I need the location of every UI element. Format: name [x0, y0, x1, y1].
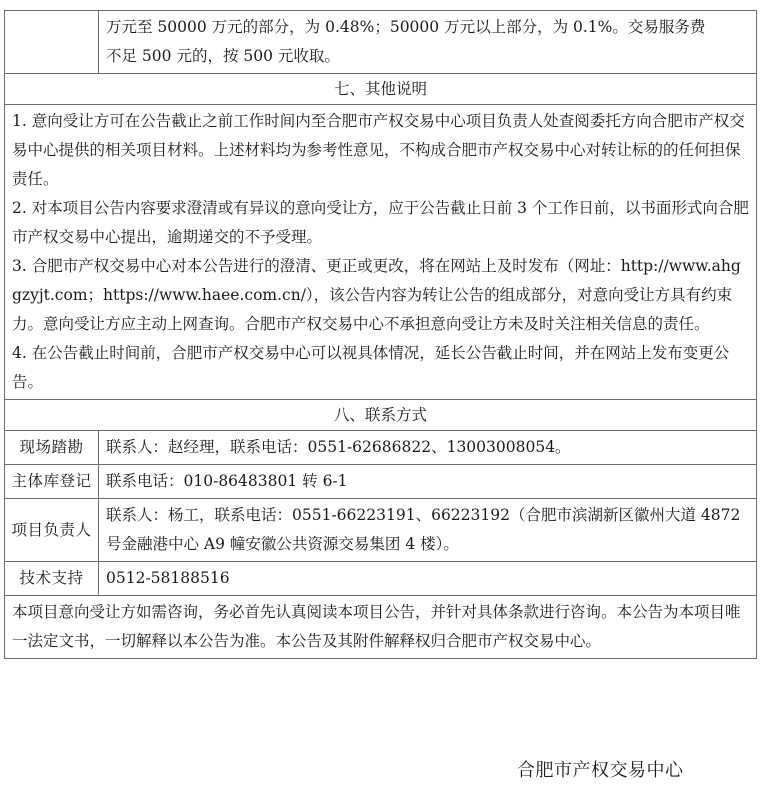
fee-label-cell: [5, 11, 99, 74]
section-8-header-row: 八、联系方式: [5, 400, 757, 431]
section-7-body: 1. 意向受让方可在公告截止之前工作时间内至合肥市产权交易中心项目负责人处查阅委…: [5, 105, 757, 400]
fee-text-line-1: 万元至 50000 万元的部分，为 0.48%；50000 万元以上部分，为 0…: [106, 13, 749, 42]
disclaimer-text: 本项目意向受让方如需咨询，务必首先认真阅读本项目公告，并针对具体条款进行咨询。本…: [5, 596, 757, 659]
section-7-header-row: 七、其他说明: [5, 74, 757, 105]
fee-text-line-2: 不足 500 元的，按 500 元收取。: [106, 42, 749, 71]
contact-label-tech-support: 技术支持: [5, 562, 99, 596]
contact-row-site-visit: 现场踏勘 联系人：赵经理，联系电话：0551-62686822、13003008…: [5, 431, 757, 465]
signature: 合肥市产权交易中心: [517, 756, 684, 782]
section-8-title: 八、联系方式: [5, 400, 757, 431]
contact-label-site-visit: 现场踏勘: [5, 431, 99, 465]
note-item-1: 1. 意向受让方可在公告截止之前工作时间内至合肥市产权交易中心项目负责人处查阅委…: [12, 107, 749, 194]
announcement-table: 万元至 50000 万元的部分，为 0.48%；50000 万元以上部分，为 0…: [4, 10, 757, 659]
section-7-body-row: 1. 意向受让方可在公告截止之前工作时间内至合肥市产权交易中心项目负责人处查阅委…: [5, 105, 757, 400]
contact-row-registration: 主体库登记 联系电话：010-86483801 转 6-1: [5, 465, 757, 499]
contact-value-project-lead: 联系人：杨工，联系电话：0551-66223191、66223192（合肥市滨湖…: [99, 499, 757, 562]
contact-value-tech-support: 0512-58188516: [99, 562, 757, 596]
fee-row: 万元至 50000 万元的部分，为 0.48%；50000 万元以上部分，为 0…: [5, 11, 757, 74]
contact-label-registration: 主体库登记: [5, 465, 99, 499]
contact-value-registration: 联系电话：010-86483801 转 6-1: [99, 465, 757, 499]
note-item-4: 4. 在公告截止时间前，合肥市产权交易中心可以视具体情况，延长公告截止时间，并在…: [12, 339, 749, 397]
contact-value-site-visit: 联系人：赵经理，联系电话：0551-62686822、13003008054。: [99, 431, 757, 465]
disclaimer-row: 本项目意向受让方如需咨询，务必首先认真阅读本项目公告，并针对具体条款进行咨询。本…: [5, 596, 757, 659]
section-7-title: 七、其他说明: [5, 74, 757, 105]
note-item-3: 3. 合肥市产权交易中心对本公告进行的澄清、更正或更改，将在网站上及时发布（网址…: [12, 252, 749, 339]
fee-text-cell: 万元至 50000 万元的部分，为 0.48%；50000 万元以上部分，为 0…: [99, 11, 757, 74]
note-item-2: 2. 对本项目公告内容要求澄清或有异议的意向受让方，应于公告截止日前 3 个工作…: [12, 194, 749, 252]
contact-row-project-lead: 项目负责人 联系人：杨工，联系电话：0551-66223191、66223192…: [5, 499, 757, 562]
contact-row-tech-support: 技术支持 0512-58188516: [5, 562, 757, 596]
contact-label-project-lead: 项目负责人: [5, 499, 99, 562]
